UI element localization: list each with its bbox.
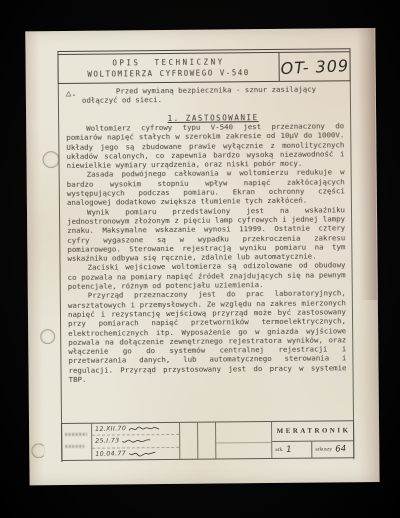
- sheet-cell: ark. 1: [272, 442, 312, 458]
- sheet-row: ark. 1 arkuszy 64: [272, 441, 353, 458]
- entry-date: 12.XII.70: [95, 425, 126, 433]
- document-title-cell: OPIS TECHNICZNY WOLTOMIERZA CYFROWEGO V-…: [58, 53, 279, 83]
- doc-number-cell: OT- 309: [279, 52, 349, 81]
- illegible-stamp: [65, 445, 84, 448]
- body-paragraph: Zaciski wejściowe woltomierza są odizolo…: [67, 261, 345, 292]
- document-title: OPIS TECHNICZNY: [112, 57, 224, 67]
- paper: OPIS TECHNICZNY WOLTOMIERZA CYFROWEGO V-…: [25, 28, 379, 485]
- scan-edge-smudge: [357, 28, 377, 301]
- signature-squiggle: [121, 437, 151, 446]
- footer-signatures-column: 12.XII.70 25.I.73 10.04.77: [92, 423, 180, 460]
- scan-background: OPIS TECHNICZNY WOLTOMIERZA CYFROWEGO V-…: [0, 0, 400, 518]
- sheet-label: ark.: [275, 447, 283, 453]
- document-subtitle: WOLTOMIERZA CYFROWEGO V-540: [87, 68, 250, 79]
- footer-entry-row: 10.04.77: [92, 448, 179, 460]
- body-text: Woltomierz cyfrowy typu V-540 jest przez…: [66, 121, 346, 384]
- illegible-stamp: [65, 433, 87, 436]
- doc-number-handwritten: OT- 309: [280, 56, 349, 78]
- body-paragraph: Wynik pomiaru przedstawiony jest na wska…: [67, 205, 346, 263]
- punch-hole: [40, 329, 55, 344]
- body-paragraph: Woltomierz cyfrowy typu V-540 jest przez…: [66, 121, 344, 170]
- warning-triangle-icon: △.: [66, 89, 77, 99]
- signature-squiggle: [128, 424, 160, 433]
- sheets-label: arkuszy: [315, 446, 332, 452]
- brand-name: MERATRONIK: [272, 421, 353, 442]
- footer-entry-row: 12.XII.70: [92, 423, 179, 436]
- footer-stamp-column: [62, 424, 92, 460]
- punch-hole: [31, 443, 46, 458]
- sheet-number-handwritten: 1: [286, 445, 292, 455]
- header-box: OPIS TECHNICZNY WOLTOMIERZA CYFROWEGO V-…: [57, 48, 350, 84]
- sheets-cell: arkuszy 64: [312, 441, 353, 457]
- divider: [216, 442, 271, 444]
- entry-date: 25.I.73: [95, 438, 119, 446]
- footer-empty-cell: [198, 423, 216, 459]
- footer-brand-cell: MERATRONIK ark. 1 arkuszy 64: [272, 421, 353, 458]
- entry-date: 10.04.77: [95, 450, 126, 458]
- footer-empty-cell: [180, 423, 198, 459]
- warning-text: Przed wymianą bezpiecznika - sznur zasil…: [82, 84, 334, 105]
- footer-entry-row: 25.I.73: [92, 435, 179, 448]
- sheets-number-handwritten: 64: [335, 444, 346, 455]
- footer-empty-cell: [216, 422, 272, 459]
- signature-squiggle: [128, 449, 156, 458]
- body-paragraph: Przyrząd przeznaczony jest do prac labor…: [68, 289, 347, 385]
- punch-hole: [42, 151, 59, 168]
- footer-table: 12.XII.70 25.I.73 10.04.77: [61, 420, 354, 461]
- warning-note: △. Przed wymianą bezpiecznika - sznur za…: [64, 84, 351, 105]
- body-paragraph: Zasada podwójnego całkowania w woltomier…: [67, 168, 345, 208]
